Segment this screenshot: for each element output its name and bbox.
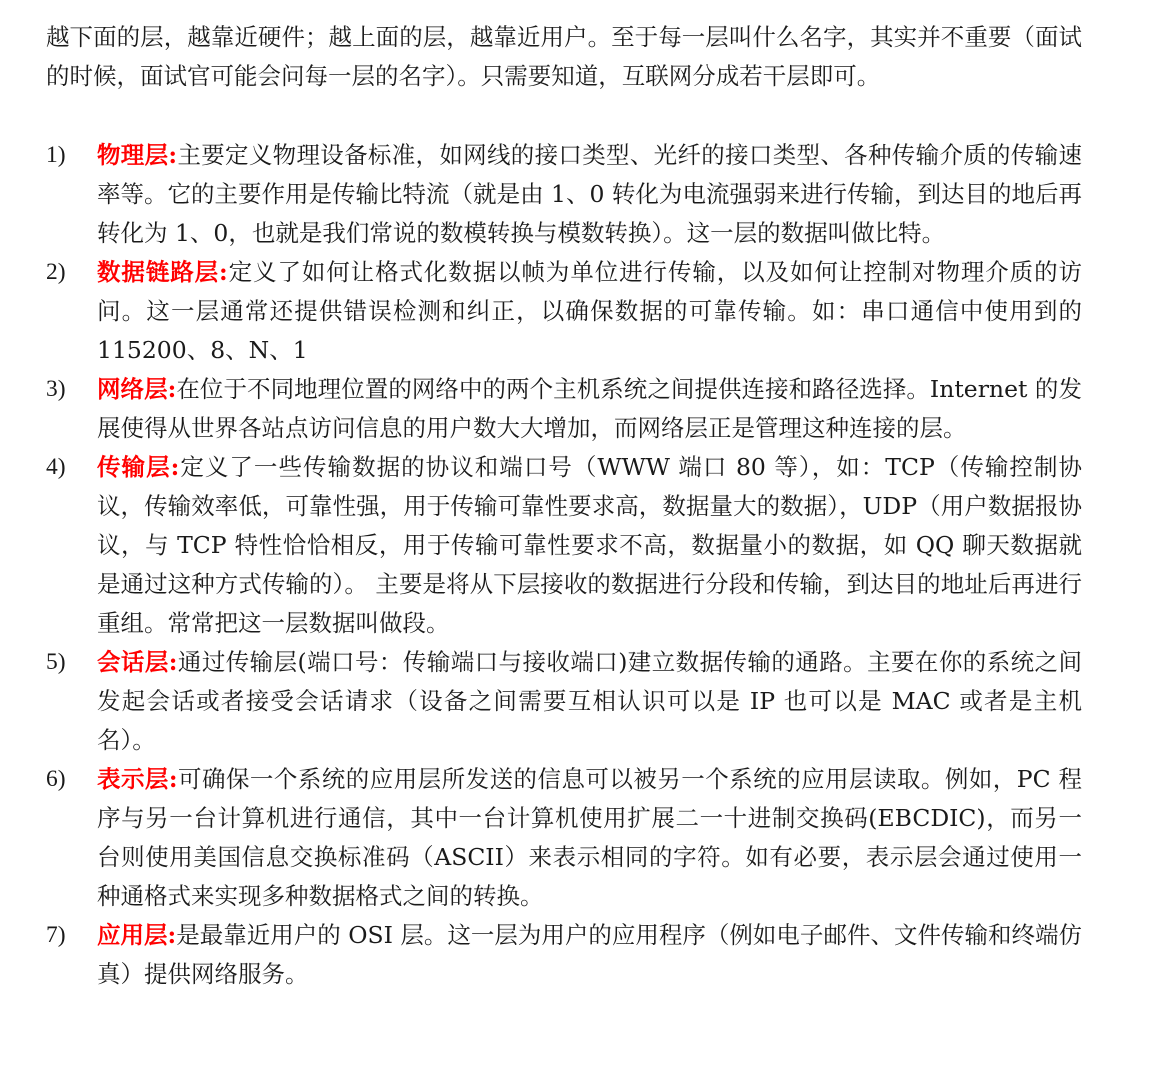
list-number: 4) xyxy=(46,448,66,487)
list-number: 5) xyxy=(46,643,66,682)
layer-description: 可确保一个系统的应用层所发送的信息可以被另一个系统的应用层读取。例如，PC 程序… xyxy=(97,765,1082,910)
list-number: 6) xyxy=(46,760,66,799)
layer-description: 是最靠近用户的 OSI 层。这一层为用户的应用程序（例如电子邮件、文件传输和终端… xyxy=(97,921,1082,988)
layer-title: 传输层: xyxy=(97,453,179,481)
layer-title: 物理层: xyxy=(97,141,177,169)
osi-layer-list: 1) 物理层:主要定义物理设备标准，如网线的接口类型、光纤的接口类型、各种传输介… xyxy=(46,136,1082,994)
layer-description: 通过传输层(端口号：传输端口与接收端口)建立数据传输的通路。主要在你的系统之间发… xyxy=(97,648,1082,754)
list-number: 3) xyxy=(46,370,66,409)
layer-title: 应用层: xyxy=(97,921,176,949)
list-item-network-layer: 3) 网络层:在位于不同地理位置的网络中的两个主机系统之间提供连接和路径选择。I… xyxy=(46,370,1082,448)
list-item-application-layer: 7) 应用层:是最靠近用户的 OSI 层。这一层为用户的应用程序（例如电子邮件、… xyxy=(46,916,1082,994)
layer-title: 网络层: xyxy=(97,375,176,403)
list-item-physical-layer: 1) 物理层:主要定义物理设备标准，如网线的接口类型、光纤的接口类型、各种传输介… xyxy=(46,136,1082,253)
layer-title: 会话层: xyxy=(97,648,177,676)
layer-description: 主要定义物理设备标准，如网线的接口类型、光纤的接口类型、各种传输介质的传输速率等… xyxy=(97,141,1082,247)
list-item-transport-layer: 4) 传输层:定义了一些传输数据的协议和端口号（WWW 端口 80 等），如：T… xyxy=(46,448,1082,643)
layer-description: 定义了一些传输数据的协议和端口号（WWW 端口 80 等），如：TCP（传输控制… xyxy=(97,453,1082,637)
layer-description: 定义了如何让格式化数据以帧为单位进行传输，以及如何让控制对物理介质的访问。这一层… xyxy=(97,258,1082,364)
layer-description: 在位于不同地理位置的网络中的两个主机系统之间提供连接和路径选择。Internet… xyxy=(97,375,1082,442)
list-number: 2) xyxy=(46,253,66,292)
list-item-data-link-layer: 2) 数据链路层:定义了如何让格式化数据以帧为单位进行传输，以及如何让控制对物理… xyxy=(46,253,1082,370)
list-number: 1) xyxy=(46,136,66,175)
list-number: 7) xyxy=(46,916,66,955)
list-item-session-layer: 5) 会话层:通过传输层(端口号：传输端口与接收端口)建立数据传输的通路。主要在… xyxy=(46,643,1082,760)
intro-paragraph: 越下面的层，越靠近硬件；越上面的层，越靠近用户。至于每一层叫什么名字，其实并不重… xyxy=(46,18,1082,96)
document-page: 越下面的层，越靠近硬件；越上面的层，越靠近用户。至于每一层叫什么名字，其实并不重… xyxy=(46,18,1082,994)
layer-title: 表示层: xyxy=(97,765,178,793)
list-item-presentation-layer: 6) 表示层:可确保一个系统的应用层所发送的信息可以被另一个系统的应用层读取。例… xyxy=(46,760,1082,916)
layer-title: 数据链路层: xyxy=(97,258,228,286)
